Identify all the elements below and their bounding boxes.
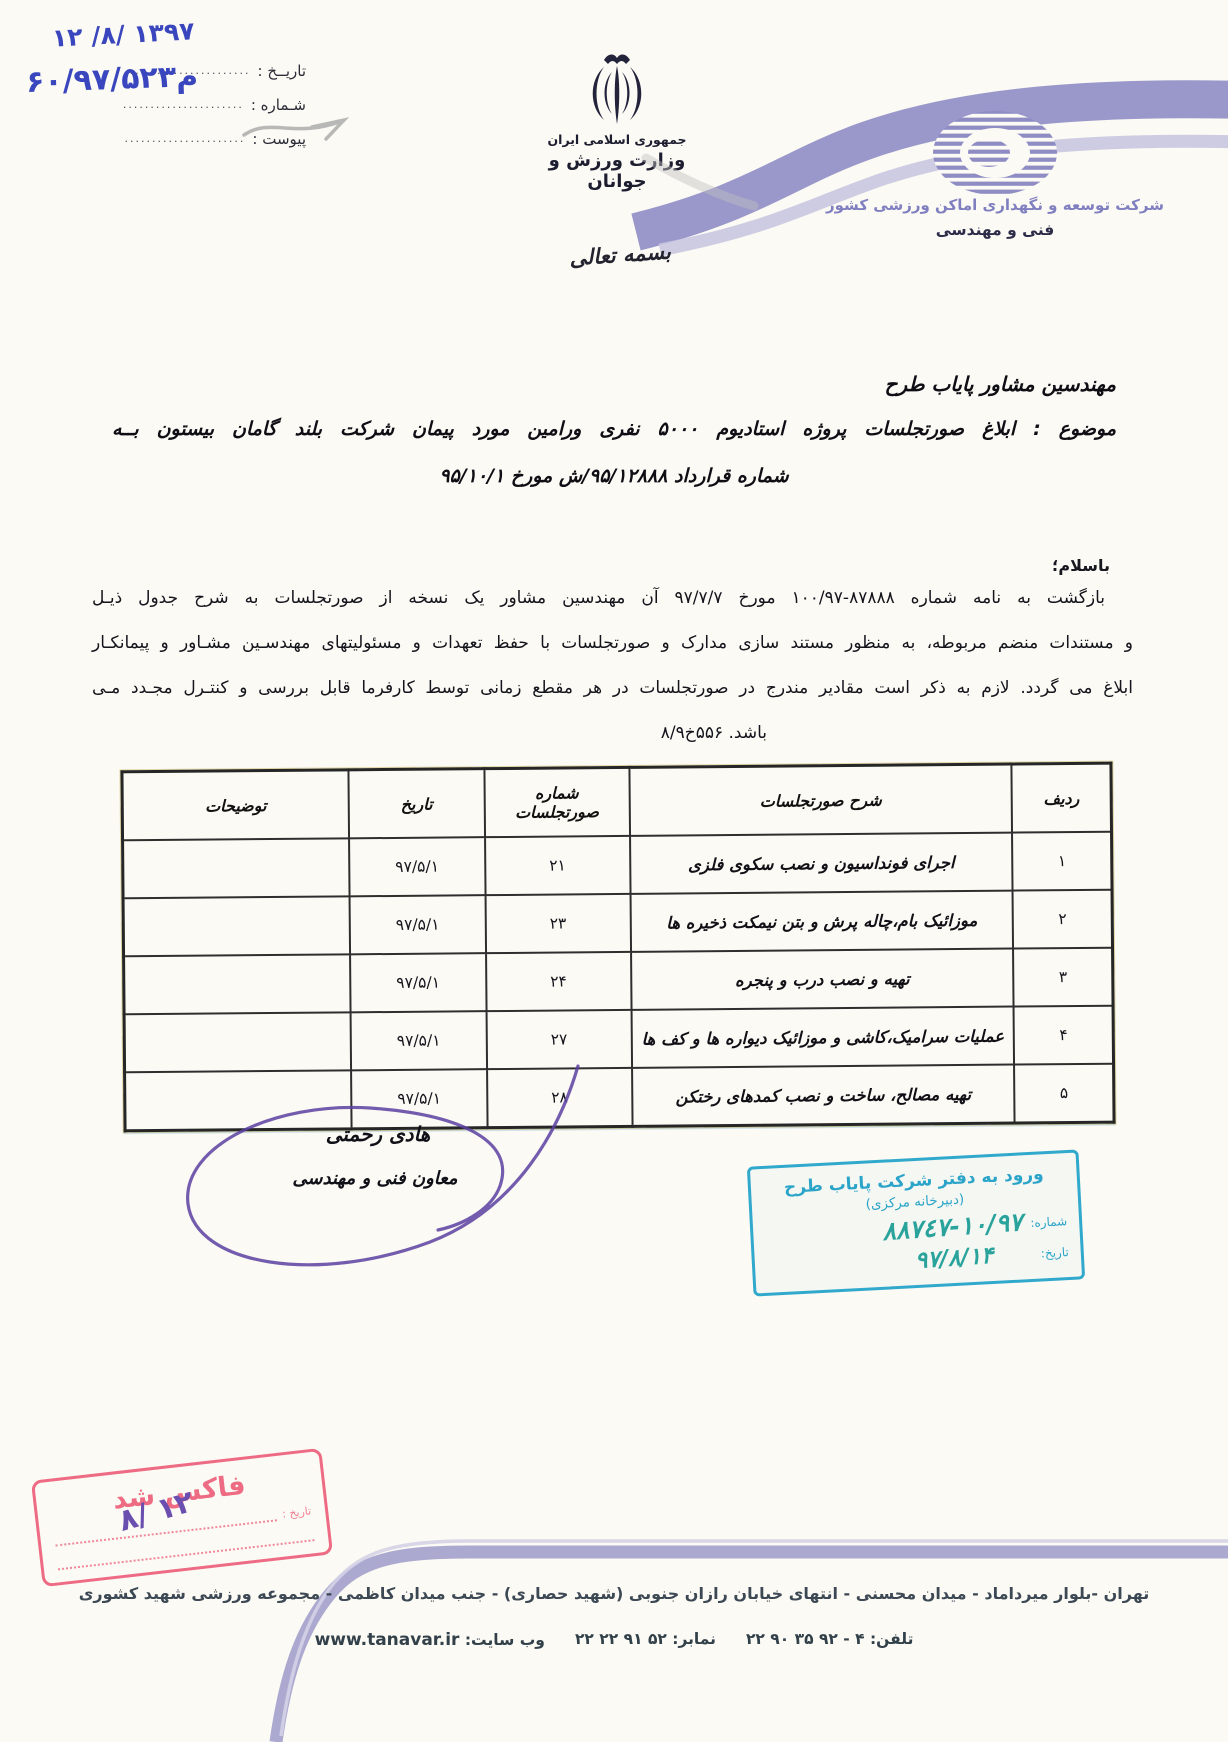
- republic-name: جمهوری اسلامی ایران: [527, 132, 707, 147]
- header-notes: توضیحات: [122, 770, 349, 840]
- attachment-dotted-line: ......................: [56, 132, 245, 148]
- row-notes: [124, 954, 351, 1014]
- row-number: ۴: [1014, 1006, 1114, 1065]
- entry-stamp-date: ۹۷/۸/۱۴: [914, 1240, 1034, 1274]
- row-notes: [123, 896, 350, 956]
- header-minutes-number: شماره صورتجلسات: [484, 767, 629, 837]
- date-label: تاریــخ :: [258, 62, 306, 80]
- body-line-1: بازگشت به نامه شماره ۸۷۸۸۸-۱۰۰/۹۷ مورخ ۹…: [92, 588, 1133, 608]
- bottom-ribbon: [0, 1420, 1228, 1742]
- row-date: ۹۷/۵/۱: [349, 837, 485, 896]
- footer-website-row: وب سایت: www.tanavar.ir: [315, 1630, 545, 1650]
- table-header-row: ردیف شرح صورتجلسات شماره صورتجلسات تاریخ…: [122, 763, 1112, 840]
- company-header: شرکت توسعه و نگهداری اماکن ورزشی کشور فن…: [770, 196, 1220, 239]
- footer-website-label: وب سایت:: [465, 1631, 545, 1649]
- row-description: موزائیک بام،چاله پرش و بتن نیمکت ذخیره ه…: [630, 891, 1013, 952]
- subject-line-1: موضوع : ابلاغ صورتجلسات پروژه استادیوم ۵…: [112, 418, 1116, 440]
- company-department: فنی و مهندسی: [770, 221, 1220, 239]
- row-number: ۲: [1013, 890, 1113, 949]
- pencil-scribble-icon: [240, 103, 352, 151]
- footer-phone: تلفن: ۴ - ۹۲ ۳۵ ۹۰ ۲۲: [746, 1630, 913, 1650]
- recipient-line: مهندسین مشاور پایاب طرح: [885, 372, 1116, 396]
- row-description: تهیه مصالح، ساخت و نصب کمدهای رختکن: [632, 1065, 1015, 1127]
- entry-stamp-date-label: تاریخ:: [1040, 1245, 1069, 1260]
- handwritten-serial-number: م۶۰/۹۷/۵۲۳: [25, 59, 198, 100]
- row-description: اجرای فونداسیون و نصب سکوی فلزی: [630, 833, 1013, 894]
- header-row-number: ردیف: [1012, 763, 1112, 832]
- entry-stamp-number-label: شماره:: [1030, 1214, 1067, 1230]
- table-row: ۳ تهیه و نصب درب و پنجره ۲۴ ۹۷/۵/۱: [124, 948, 1113, 1015]
- row-date: ۹۷/۵/۱: [350, 953, 486, 1012]
- header-date: تاریخ: [348, 769, 484, 839]
- body-line-4: باشد. ۵۵۶خ۸/۹: [92, 723, 1133, 743]
- company-name: شرکت توسعه و نگهداری اماکن ورزشی کشور: [770, 196, 1220, 214]
- scanned-letter-page: تاریــخ : ...................... شـماره …: [0, 0, 1228, 1742]
- entry-stamp: ورود به دفتر شرکت پایاب طرح (دبیرخانه مر…: [747, 1149, 1085, 1296]
- company-logo-icon: [925, 108, 1065, 198]
- entry-stamp-number: ۸۸۷٤۷-۱۰/۹۷: [881, 1207, 1023, 1246]
- footer-website-url: www.tanavar.ir: [315, 1630, 460, 1650]
- footer-address: تهران -بلوار میرداماد - میدان محسنی - ان…: [0, 1584, 1228, 1603]
- subject-line-2: شماره قرارداد ۹۵/۱۲۸۸۸/ش مورخ ۹۵/۱۰/۱: [0, 465, 1228, 487]
- signatory-name: هادی رحمتی: [268, 1122, 488, 1146]
- iran-emblem-icon: [574, 50, 660, 130]
- row-notes: [123, 838, 350, 898]
- number-dotted-line: ......................: [56, 98, 244, 114]
- row-date: ۹۷/۵/۱: [349, 895, 485, 954]
- scan-smudge: [640, 148, 760, 218]
- signatory-title: معاون فنی و مهندسی: [225, 1168, 525, 1189]
- row-minutes-number: ۲۱: [485, 836, 630, 895]
- row-minutes-number: ۲۴: [486, 952, 631, 1011]
- table-row: ۱ اجرای فونداسیون و نصب سکوی فلزی ۲۱ ۹۷/…: [123, 832, 1112, 899]
- footer-contacts: تلفن: ۴ - ۹۲ ۳۵ ۹۰ ۲۲ نمابر: ۵۲ ۹۱ ۲۲ ۲۲…: [0, 1630, 1228, 1650]
- header-description: شرح صورتجلسات: [629, 764, 1012, 836]
- row-number: ۳: [1013, 948, 1113, 1007]
- table-row: ۲ موزائیک بام،چاله پرش و بتن نیمکت ذخیره…: [123, 890, 1112, 957]
- footer-fax: نمابر: ۵۲ ۹۱ ۲۲ ۲۲: [575, 1630, 716, 1650]
- body-line-3: ابلاغ می گردد. لازم به ذکر است مقادیر من…: [92, 678, 1133, 698]
- row-description: عملیات سرامیک،کاشی و موزائیک دیواره ها و…: [631, 1007, 1014, 1068]
- row-number: ۵: [1014, 1064, 1114, 1123]
- row-number: ۱: [1012, 832, 1112, 891]
- body-line-2: و مستندات منضم مربوطه، به منظور مستند سا…: [92, 633, 1133, 653]
- row-description: تهیه و نصب درب و پنجره: [631, 949, 1014, 1010]
- salutation: باسلام؛: [1052, 556, 1110, 575]
- row-minutes-number: ۲۳: [485, 894, 630, 953]
